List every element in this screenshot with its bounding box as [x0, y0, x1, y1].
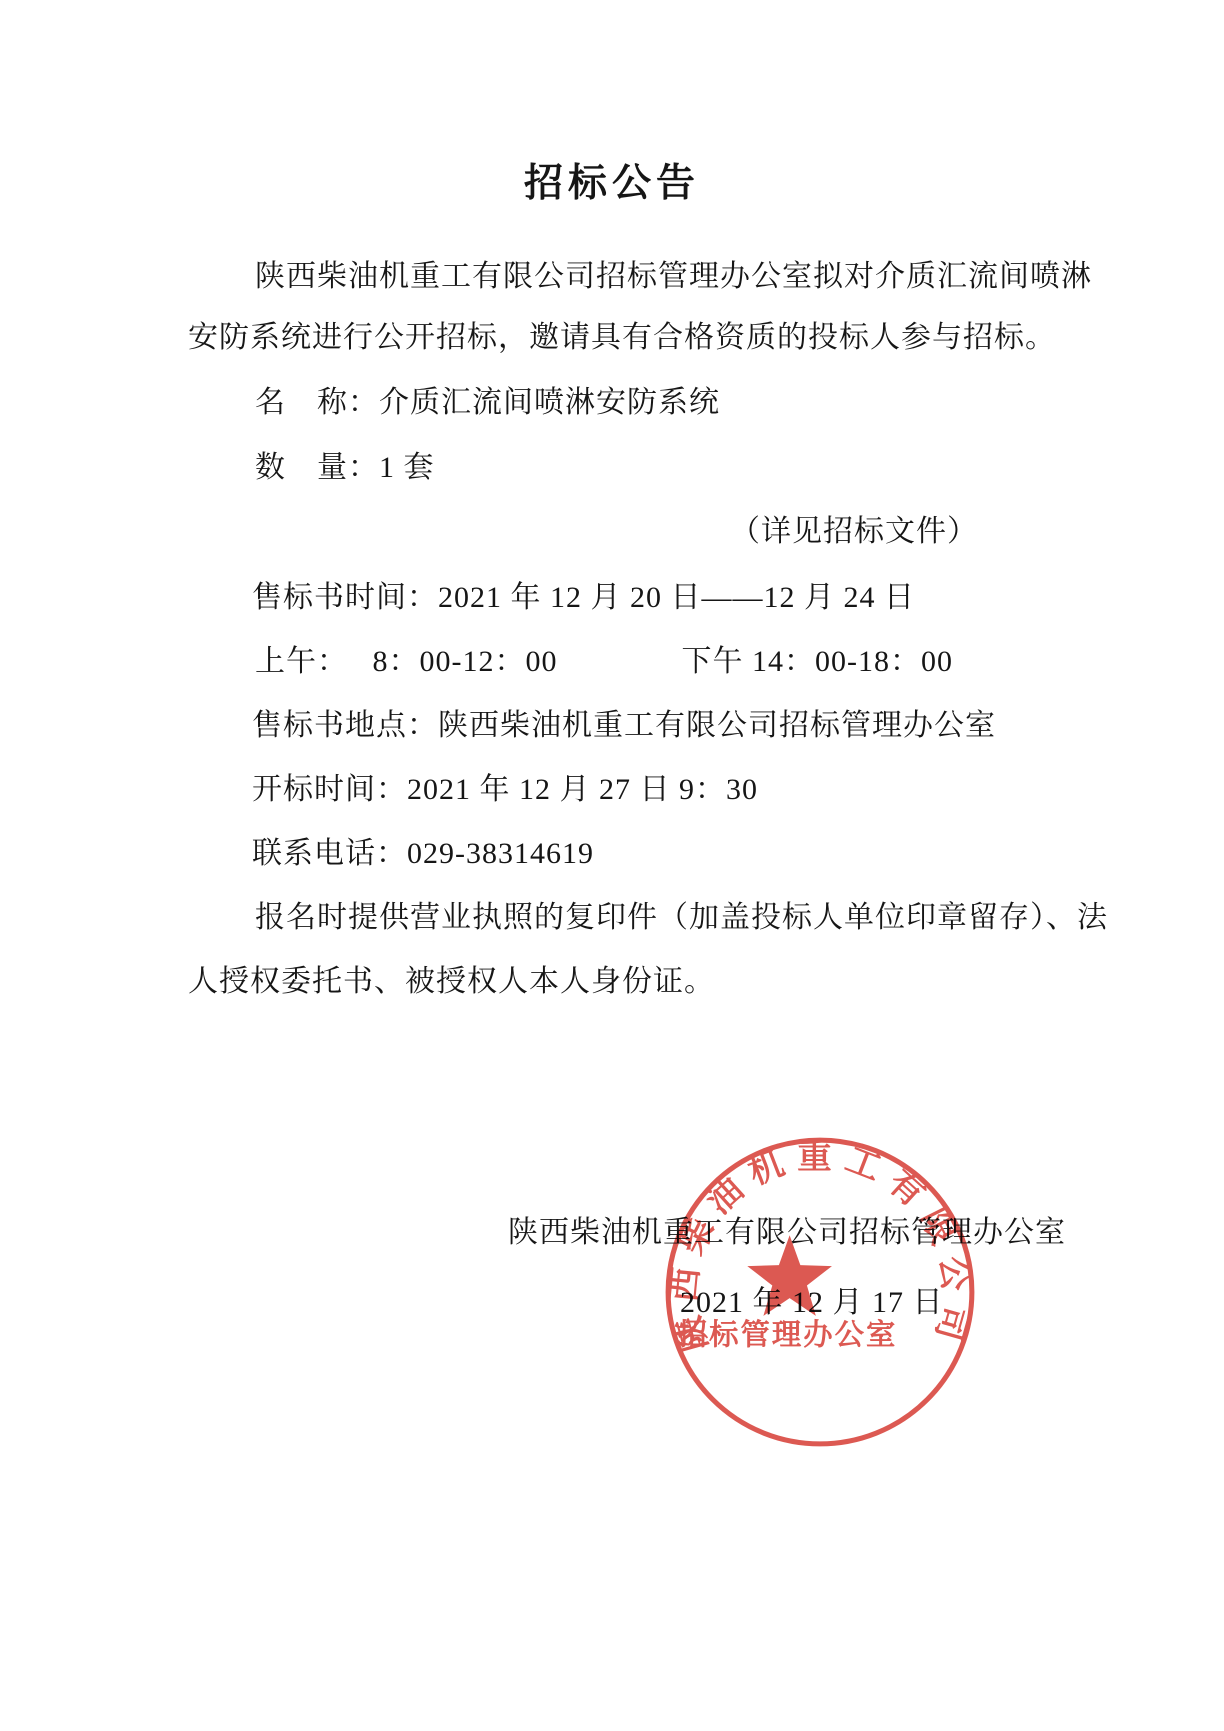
- sale-hours-line: 上午： 8：00-12：00 下午 14：00-18：00: [255, 645, 953, 679]
- sale-location-line: 售标书地点：陕西柴油机重工有限公司招标管理办公室: [252, 709, 996, 743]
- registration-req-line: 人授权委托书、被授权人本人身份证。: [188, 965, 715, 999]
- paragraph-line: 安防系统进行公开招标，邀请具有合格资质的投标人参与招标。: [188, 321, 1056, 355]
- opening-time-line: 开标时间：2021 年 12 月 27 日 9：30: [252, 773, 758, 807]
- company-seal: 陕西柴油机重工有限公司 招标管理办公室: [658, 1130, 982, 1454]
- see-tender-docs-line: （详见招标文件）: [730, 515, 978, 549]
- seal-office-text: 招标管理办公室: [678, 1319, 898, 1352]
- sale-time-line: 售标书时间：2021 年 12 月 20 日——12 月 24 日: [252, 581, 915, 615]
- page-title: 招标公告: [0, 152, 1224, 208]
- item-name-line: 名 称：介质汇流间喷淋安防系统: [255, 386, 720, 420]
- tender-announcement-page: 招标公告 陕西柴油机重工有限公司招标管理办公室拟对介质汇流间喷淋 安防系统进行公…: [0, 0, 1224, 1731]
- paragraph-line: 陕西柴油机重工有限公司招标管理办公室拟对介质汇流间喷淋: [255, 260, 1092, 294]
- contact-phone-line: 联系电话：029-38314619: [252, 837, 594, 871]
- item-quantity-line: 数 量：1 套: [255, 451, 435, 485]
- registration-req-line: 报名时提供营业执照的复印件（加盖投标人单位印章留存）、法: [255, 901, 1108, 935]
- seal-star-icon: [747, 1235, 832, 1316]
